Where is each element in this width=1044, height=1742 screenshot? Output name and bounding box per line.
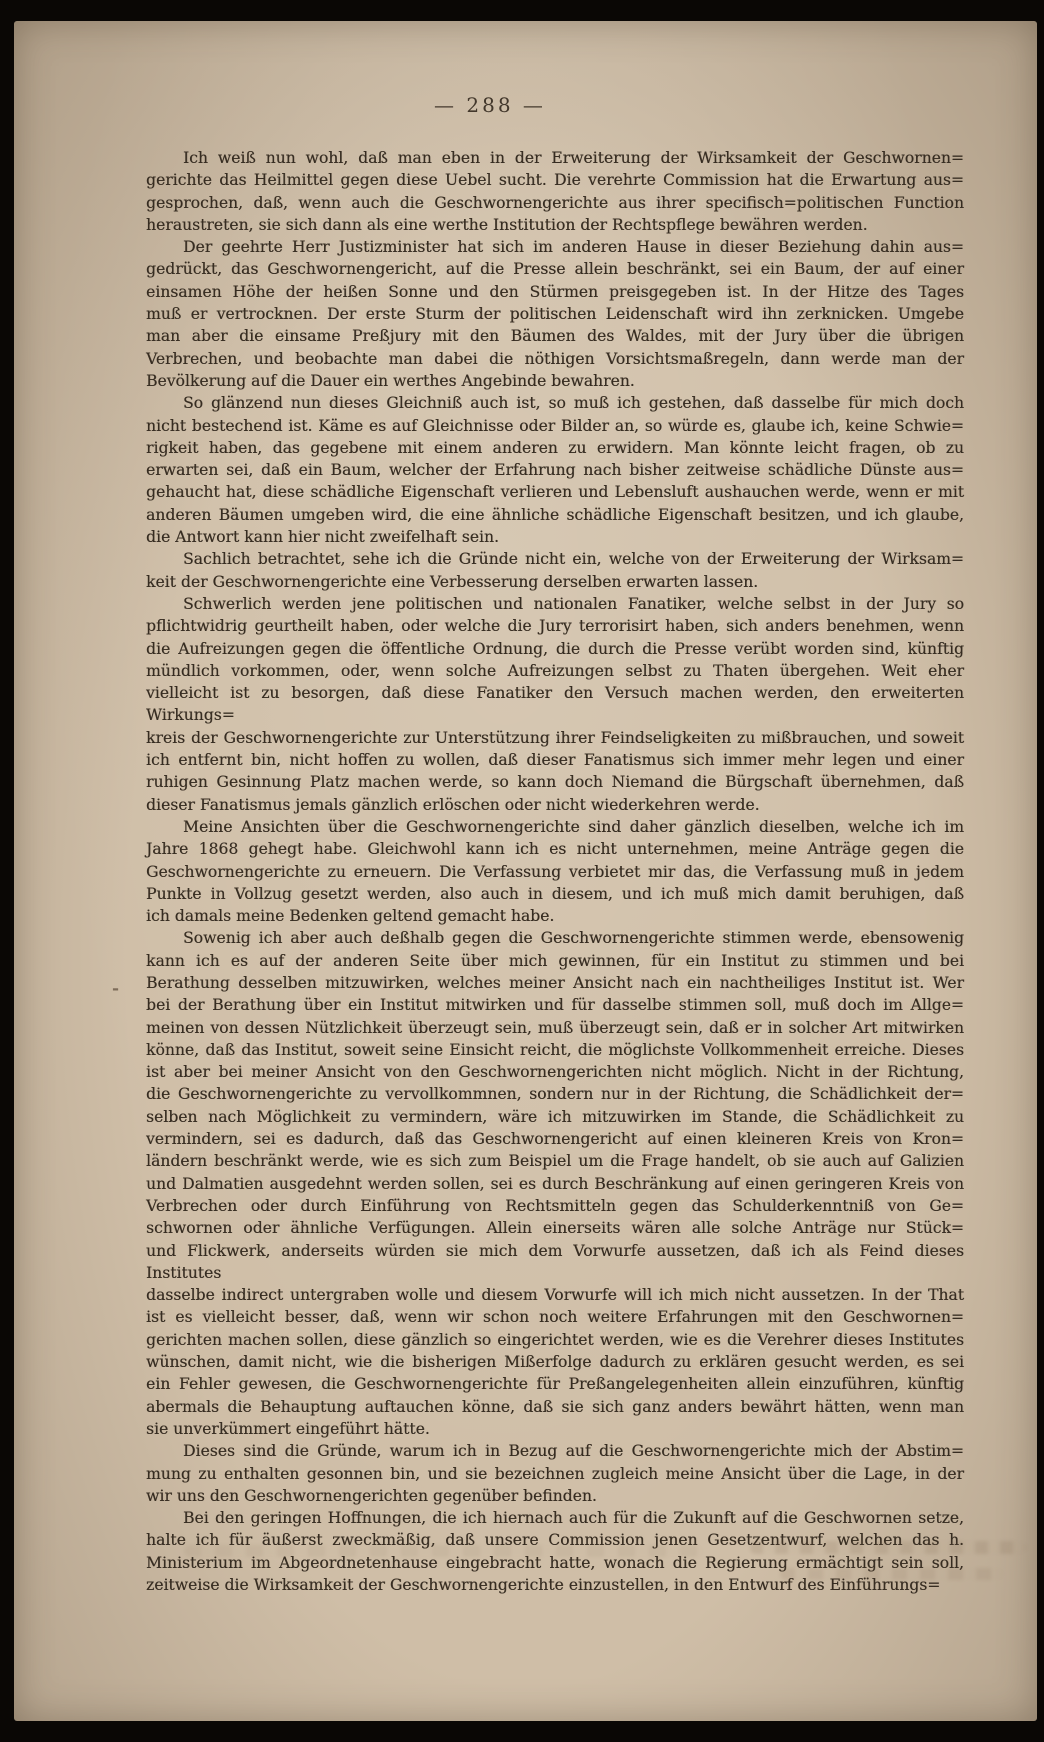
page-text-block: Ich weiß nun wohl, daß man eben in der E… bbox=[146, 147, 964, 1596]
text-line: schwornen oder ähnliche Verfügungen. All… bbox=[146, 1217, 964, 1239]
text-line: zeitweise die Wirksamkeit der Geschworne… bbox=[146, 1574, 964, 1596]
text-line: Jahre 1868 gehegt habe. Gleichwohl kann … bbox=[146, 838, 964, 860]
text-line: anderen Bäumen umgeben wird, die eine äh… bbox=[146, 504, 964, 526]
paragraph: Meine Ansichten über die Geschwornengeri… bbox=[146, 816, 964, 927]
text-line: und Flickwerk, anderseits würden sie mic… bbox=[146, 1240, 964, 1285]
text-line: wünschen, damit nicht, wie die bisherige… bbox=[146, 1351, 964, 1373]
text-line: halte ich für äußerst zweckmäßig, daß un… bbox=[146, 1529, 964, 1551]
text-line: gedrückt, das Geschwornengericht, auf di… bbox=[146, 258, 964, 280]
paragraph: Bei den geringen Hoffnungen, die ich hie… bbox=[146, 1507, 964, 1596]
text-line: Bei den geringen Hoffnungen, die ich hie… bbox=[146, 1507, 964, 1529]
text-line: dasselbe indirect untergraben wolle und … bbox=[146, 1284, 964, 1306]
scan-background: — 288 — Ich weiß nun wohl, daß man eben … bbox=[0, 0, 1044, 1742]
text-line: die Geschwornengerichte zu vervollkommne… bbox=[146, 1083, 964, 1105]
paragraph: Sachlich betrachtet, sehe ich die Gründe… bbox=[146, 548, 964, 593]
text-line: bei der Berathung über ein Institut mitw… bbox=[146, 994, 964, 1016]
text-line: man aber die einsame Preßjury mit den Bä… bbox=[146, 325, 964, 347]
text-line: nicht bestechend ist. Käme es auf Gleich… bbox=[146, 415, 964, 437]
text-line: vermindern, sei es dadurch, daß das Gesc… bbox=[146, 1128, 964, 1150]
page-number: — 288 — bbox=[380, 93, 600, 117]
text-line: Geschwornengerichte zu erneuern. Die Ver… bbox=[146, 861, 964, 883]
text-line: mündlich vorkommen, oder, wenn solche Au… bbox=[146, 660, 964, 682]
text-line: die Antwort kann hier nicht zweifelhaft … bbox=[146, 526, 964, 548]
text-line: pflichtwidrig geurtheilt haben, oder wel… bbox=[146, 615, 964, 637]
text-line: vielleicht ist zu besorgen, daß diese Fa… bbox=[146, 682, 964, 727]
text-line: und Dalmatien ausgedehnt werden sollen, … bbox=[146, 1173, 964, 1195]
text-line: ich damals meine Bedenken geltend gemach… bbox=[146, 905, 964, 927]
text-line: kann ich es auf der anderen Seite über m… bbox=[146, 950, 964, 972]
text-line: wir uns den Geschwornengerichten gegenüb… bbox=[146, 1485, 964, 1507]
text-line: gehaucht hat, diese schädliche Eigenscha… bbox=[146, 481, 964, 503]
paragraph: Schwerlich werden jene politischen und n… bbox=[146, 593, 964, 816]
book-page: — 288 — Ich weiß nun wohl, daß man eben … bbox=[14, 21, 1037, 1721]
text-line: rigkeit haben, das gegebene mit einem an… bbox=[146, 437, 964, 459]
paragraph: Ich weiß nun wohl, daß man eben in der E… bbox=[146, 147, 964, 236]
text-line: ich entfernt bin, nicht hoffen zu wollen… bbox=[146, 749, 964, 771]
text-line: ruhigen Gesinnung Platz machen werde, so… bbox=[146, 771, 964, 793]
text-line: ein Fehler gewesen, die Geschwornengeric… bbox=[146, 1373, 964, 1395]
text-line: Schwerlich werden jene politischen und n… bbox=[146, 593, 964, 615]
paragraph: Sowenig ich aber auch deßhalb gegen die … bbox=[146, 927, 964, 1440]
text-line: Der geehrte Herr Justizminister hat sich… bbox=[146, 236, 964, 258]
text-line: muß er vertrocknen. Der erste Sturm der … bbox=[146, 303, 964, 325]
paragraph: Der geehrte Herr Justizminister hat sich… bbox=[146, 236, 964, 392]
text-line: ist aber bei meiner Ansicht von den Gesc… bbox=[146, 1061, 964, 1083]
text-line: gerichten machen sollen, diese gänzlich … bbox=[146, 1329, 964, 1351]
text-line: ländern beschränkt werde, wie es sich zu… bbox=[146, 1150, 964, 1172]
text-line: die Aufreizungen gegen die öffentliche O… bbox=[146, 638, 964, 660]
text-line: Berathung desselben mitzuwirken, welches… bbox=[146, 972, 964, 994]
text-line: Punkte in Vollzug gesetzt werden, also a… bbox=[146, 883, 964, 905]
text-line: mung zu enthalten gesonnen bin, und sie … bbox=[146, 1463, 964, 1485]
text-line: Verbrechen oder durch Einführung von Rec… bbox=[146, 1195, 964, 1217]
text-line: gerichte das Heilmittel gegen diese Uebe… bbox=[146, 169, 964, 191]
text-line: ist es vielleicht besser, daß, wenn wir … bbox=[146, 1306, 964, 1328]
text-line: heraustreten, sie sich dann als eine wer… bbox=[146, 214, 964, 236]
text-line: sie unverkümmert eingeführt hätte. bbox=[146, 1418, 964, 1440]
text-line: gesprochen, daß, wenn auch die Geschworn… bbox=[146, 192, 964, 214]
text-line: Verbrechen, und beobachte man dabei die … bbox=[146, 348, 964, 370]
text-line: dieser Fanatismus jemals gänzlich erlösc… bbox=[146, 794, 964, 816]
text-line: Sowenig ich aber auch deßhalb gegen die … bbox=[146, 927, 964, 949]
text-line: einsamen Höhe der heißen Sonne und den S… bbox=[146, 281, 964, 303]
text-line: So glänzend nun dieses Gleichniß auch is… bbox=[146, 392, 964, 414]
text-line: keit der Geschwornengerichte eine Verbes… bbox=[146, 571, 964, 593]
paragraph: Dieses sind die Gründe, warum ich in Bez… bbox=[146, 1440, 964, 1507]
text-line: selben nach Möglichkeit zu vermindern, w… bbox=[146, 1106, 964, 1128]
paragraph: So glänzend nun dieses Gleichniß auch is… bbox=[146, 392, 964, 548]
margin-pencil-mark: - bbox=[112, 979, 132, 999]
text-line: Ministerium im Abgeordnetenhause eingebr… bbox=[146, 1552, 964, 1574]
text-line: meinen von dessen Nützlichkeit überzeugt… bbox=[146, 1017, 964, 1039]
text-line: Sachlich betrachtet, sehe ich die Gründe… bbox=[146, 548, 964, 570]
text-line: Meine Ansichten über die Geschwornengeri… bbox=[146, 816, 964, 838]
text-line: kreis der Geschwornengerichte zur Unters… bbox=[146, 727, 964, 749]
text-line: erwarten sei, daß ein Baum, welcher der … bbox=[146, 459, 964, 481]
text-line: Bevölkerung auf die Dauer ein werthes An… bbox=[146, 370, 964, 392]
text-line: könne, daß das Institut, soweit seine Ei… bbox=[146, 1039, 964, 1061]
text-line: Dieses sind die Gründe, warum ich in Bez… bbox=[146, 1440, 964, 1462]
text-line: abermals die Behauptung auftauchen könne… bbox=[146, 1396, 964, 1418]
text-line: Ich weiß nun wohl, daß man eben in der E… bbox=[146, 147, 964, 169]
